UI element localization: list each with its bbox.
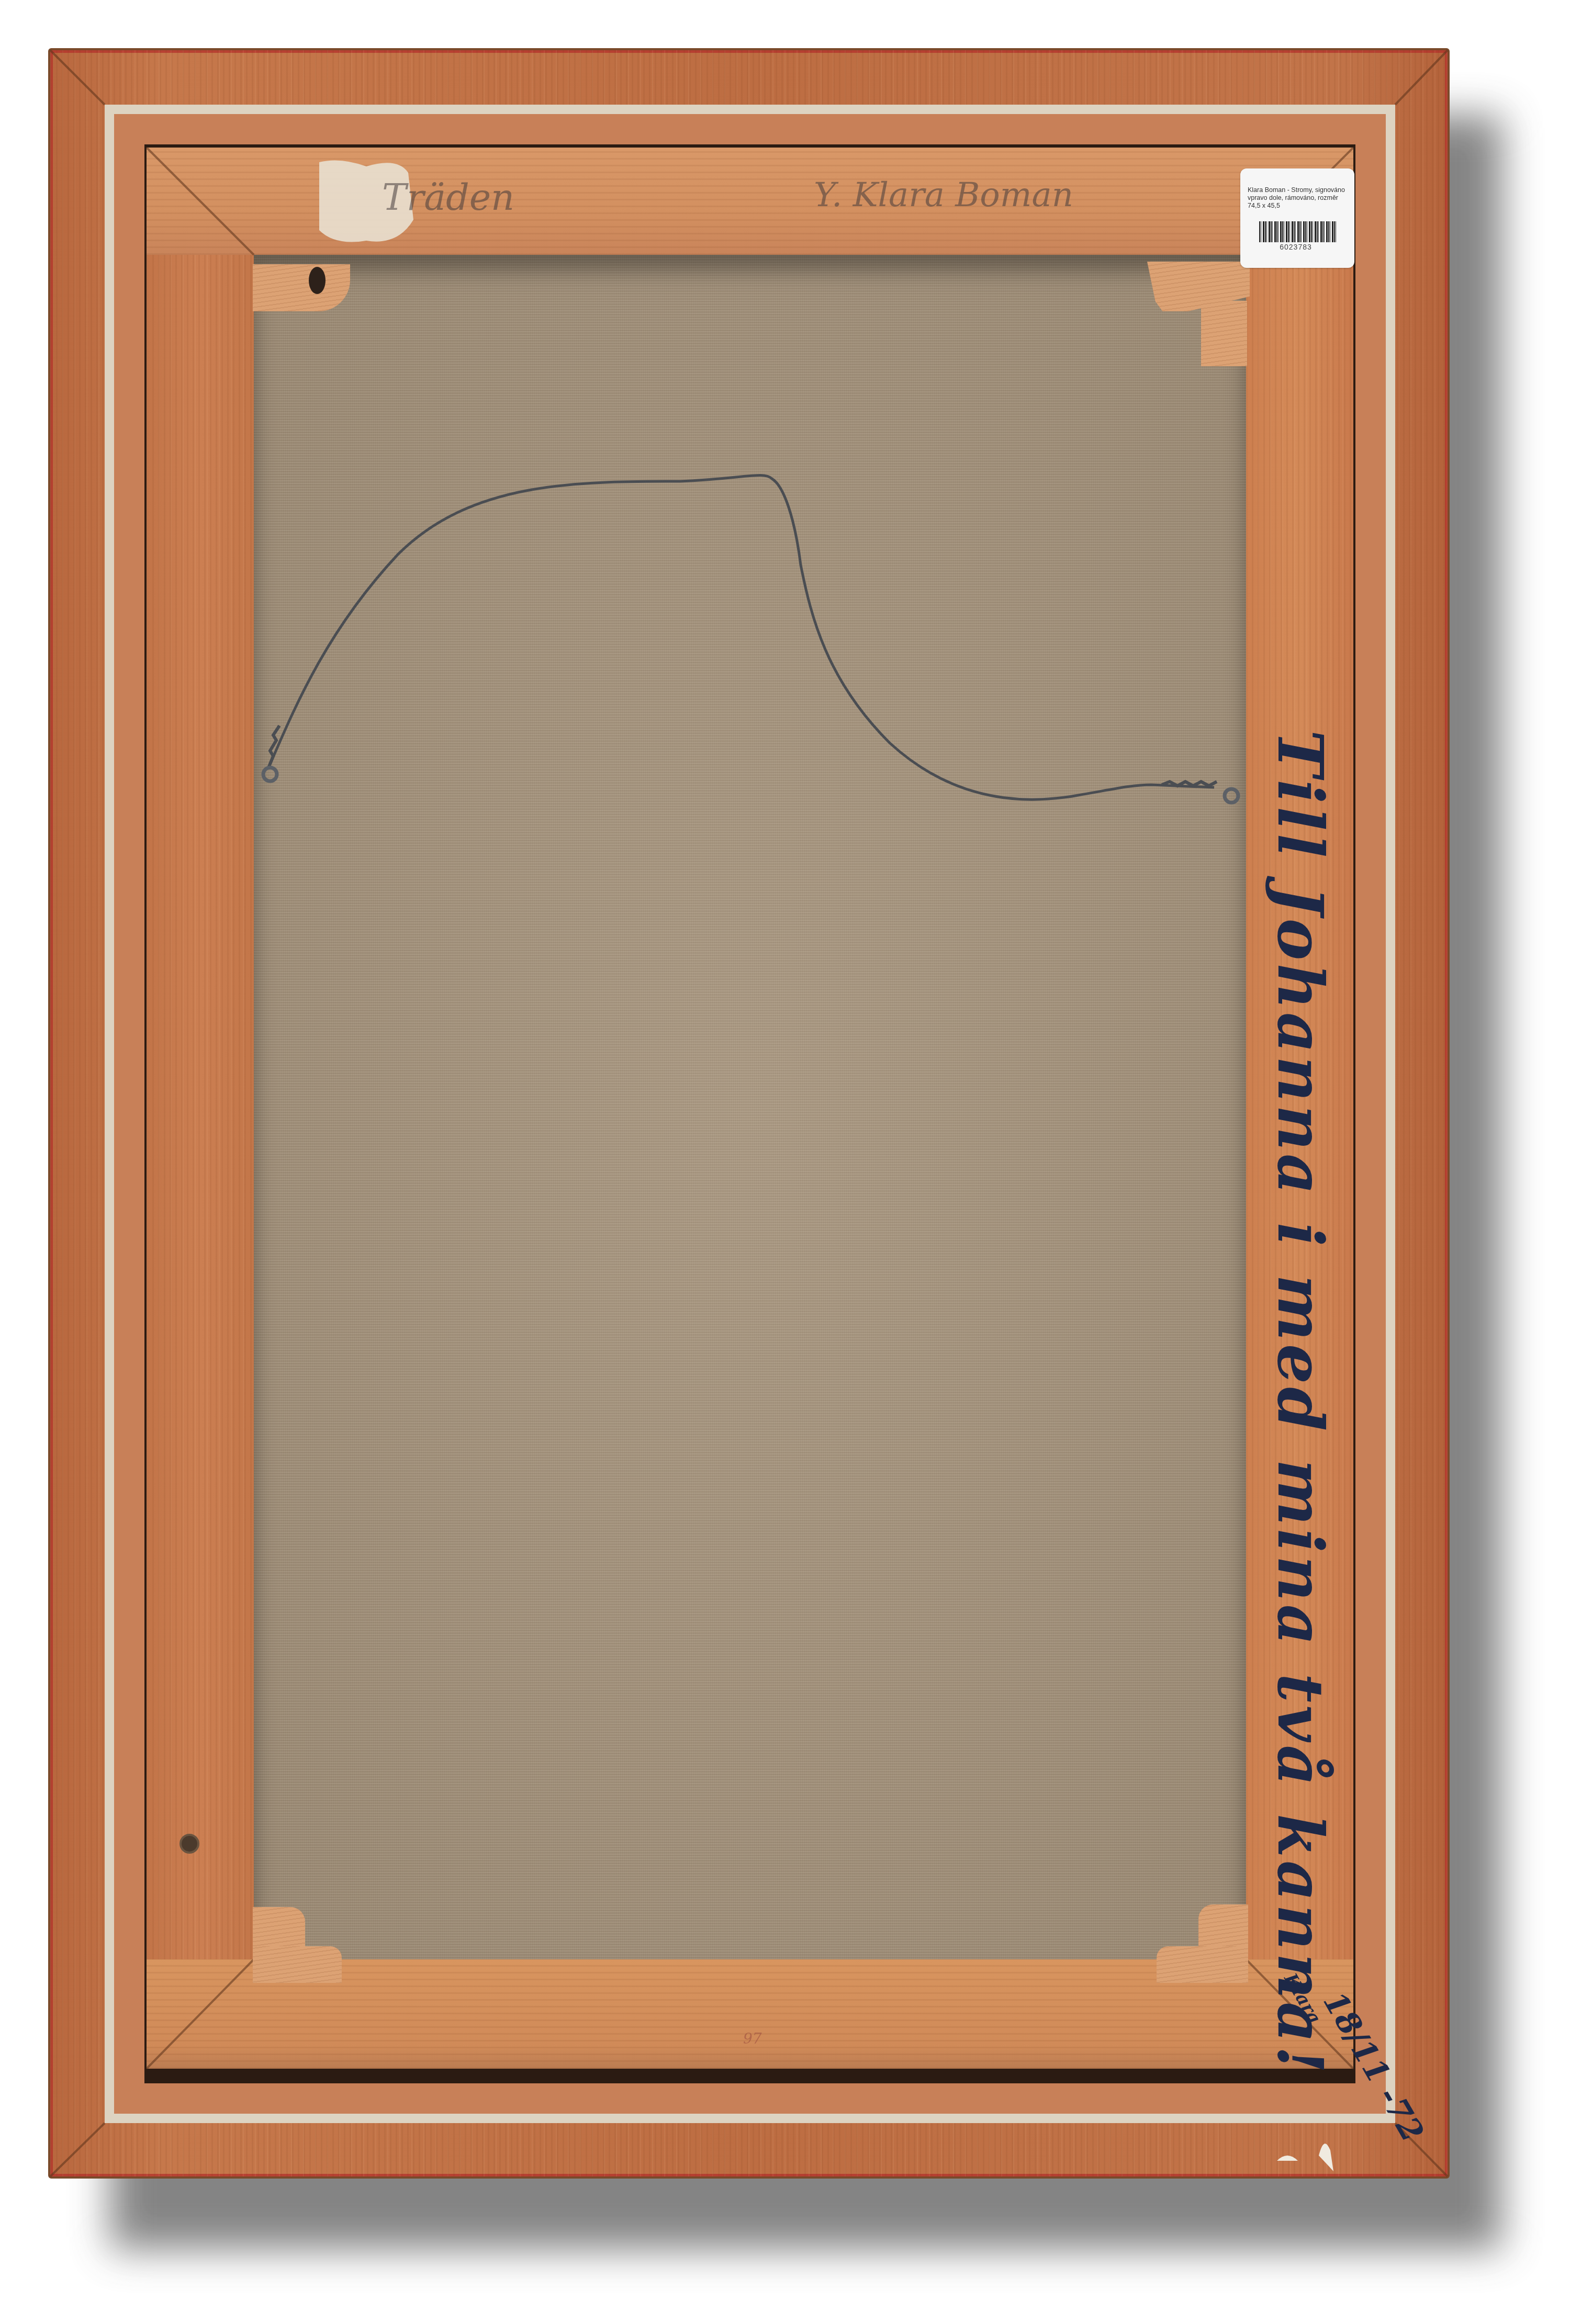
pencil-bottom-mark: 97 (743, 2030, 762, 2047)
barcode-icon (1259, 221, 1338, 242)
pencil-title-inscription: Träden (382, 176, 514, 219)
right-screw-eye-icon (1225, 789, 1238, 803)
barcode-number: 6023783 (1248, 243, 1349, 251)
marker-dedication: Till Johanna i med mina två kanna! (1263, 730, 1337, 2077)
label-line-1: Klara Boman - Stromy, signováno (1248, 186, 1349, 194)
auction-label: Klara Boman - Stromy, signováno vpravo d… (1240, 168, 1354, 268)
label-line-2: vpravo dole, rámováno, rozměr (1248, 194, 1349, 202)
label-line-3: 74,5 x 45,5 (1248, 202, 1349, 210)
pencil-artist-inscription: Y. Klara Boman (814, 176, 1073, 215)
left-screw-eye-icon (263, 768, 277, 781)
